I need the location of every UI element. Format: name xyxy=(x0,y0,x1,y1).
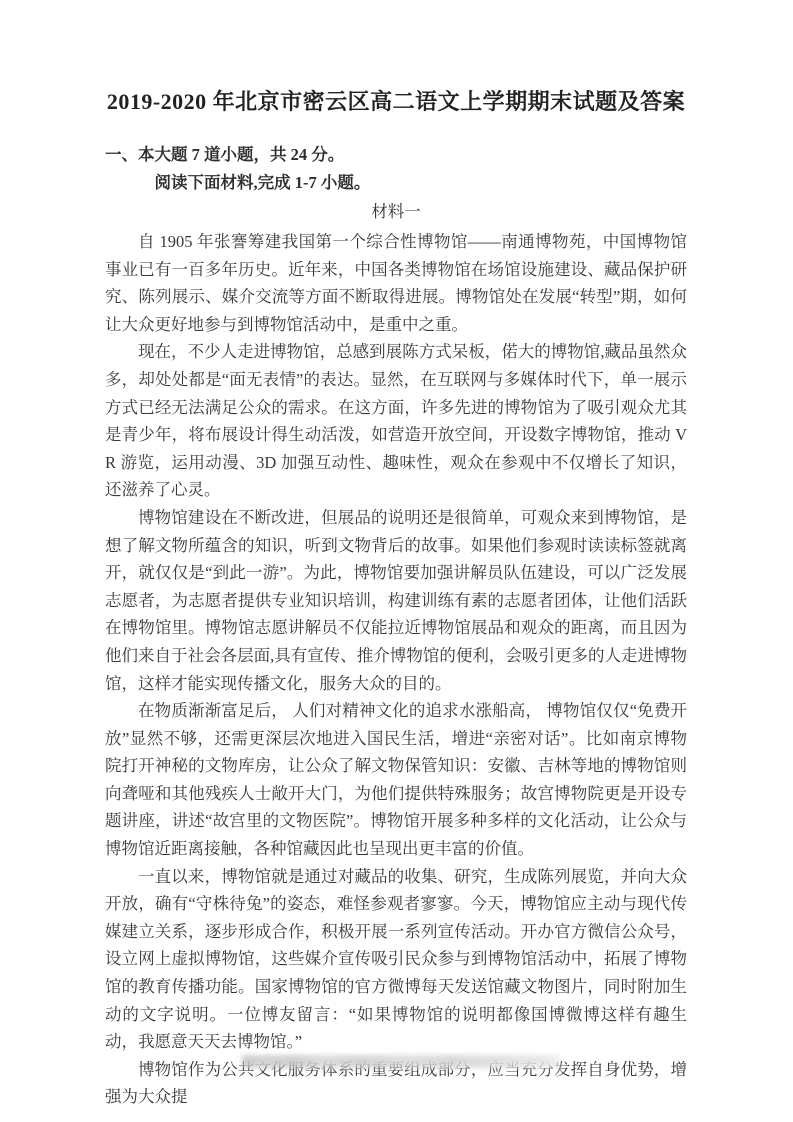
document-content: 2019-2020 年北京市密云区高二语文上学期期末试题及答案 一、本大题 7 … xyxy=(105,0,687,1111)
body-paragraph-1: 自 1905 年张謇筹建我国第一个综合性博物馆——南通博物苑，中国博物馆事业已有… xyxy=(105,228,687,338)
body-paragraph-4: 在物质渐渐富足后， 人们对精神文化的追求水涨船高， 博物馆仅仅“免费开放”显然不… xyxy=(105,697,687,863)
section-heading: 一、本大题 7 道小题，共 24 分。 xyxy=(105,142,687,168)
document-page: 2019-2020 年北京市密云区高二语文上学期期末试题及答案 一、本大题 7 … xyxy=(0,0,793,1122)
body-paragraph-5: 一直以来，博物馆就是通过对藏品的收集、研究，生成陈列展览，并向大众开放，确有“守… xyxy=(105,863,687,1056)
document-title: 2019-2020 年北京市密云区高二语文上学期期末试题及答案 xyxy=(105,86,687,117)
body-paragraph-3: 博物馆建设在不断改进，但展品的说明还是很简单，可观众来到博物馆，是想了解文物所蕴… xyxy=(105,504,687,697)
body-paragraph-2: 现在，不少人走进博物馆，总感到展陈方式呆板，偌大的博物馆,藏品虽然众多，却处处都… xyxy=(105,338,687,504)
watermark-bar xyxy=(242,1055,560,1068)
reading-instruction: 阅读下面材料,完成 1-7 小题。 xyxy=(105,170,687,196)
material-one-heading: 材料一 xyxy=(105,199,687,225)
material-body: 自 1905 年张謇筹建我国第一个综合性博物馆——南通博物苑，中国博物馆事业已有… xyxy=(105,228,687,1111)
